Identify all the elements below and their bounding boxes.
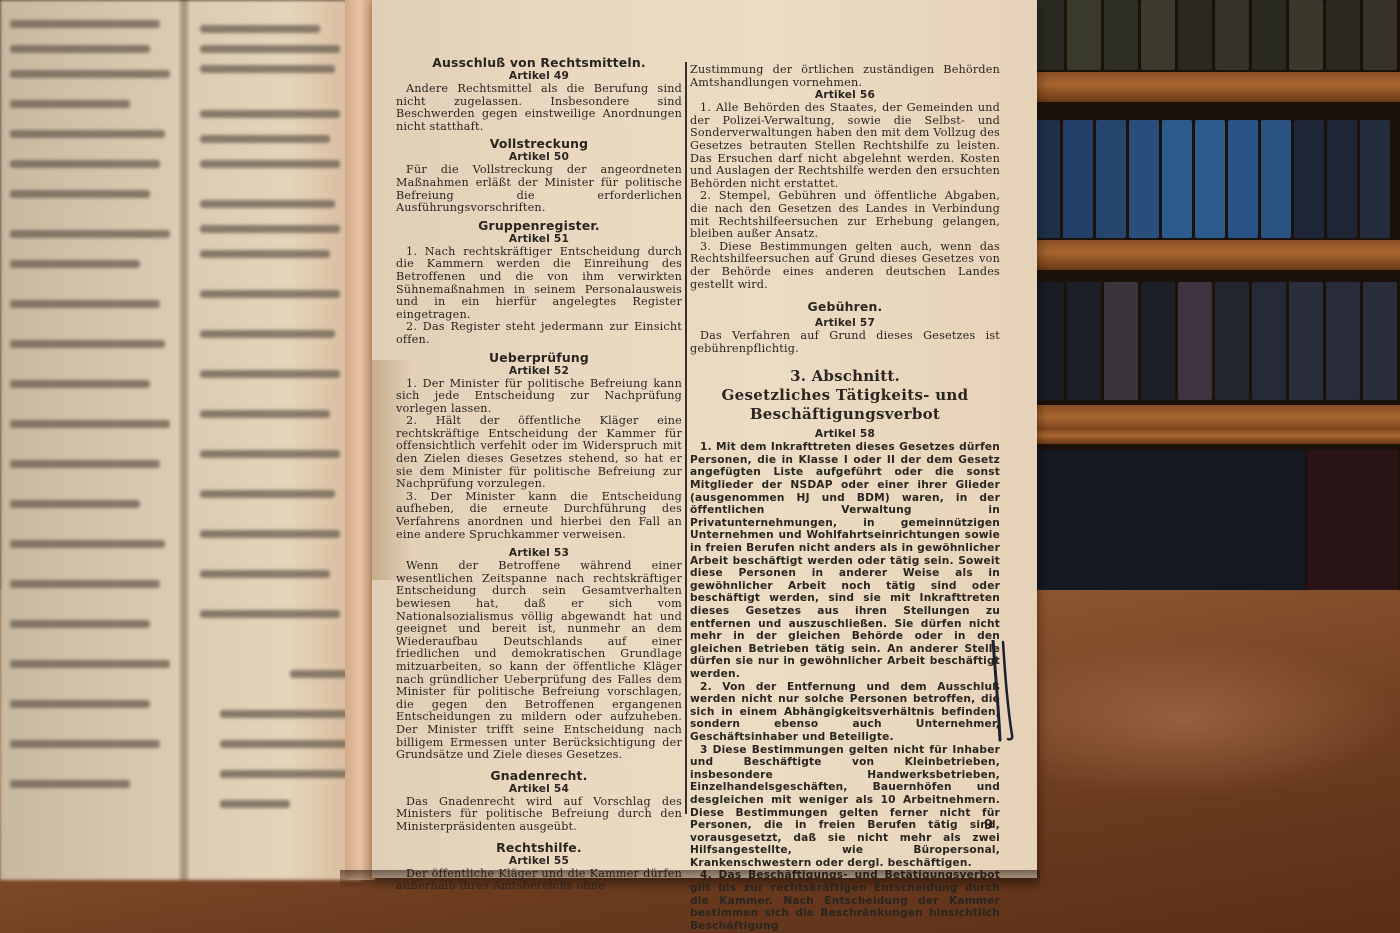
paragraph: 1. Alle Behörden des Staates, der Gemein…: [690, 102, 1000, 190]
left-text-column: Ausschluß von Rechtsmitteln. Artikel 49 …: [396, 52, 682, 893]
paragraph: 1. Mit dem Inkrafttreten dieses Gesetzes…: [690, 441, 1000, 680]
bookshelf-row-dark: [1030, 282, 1397, 400]
paragraph: 2. Stempel, Gebühren und öffentliche Abg…: [690, 190, 1000, 240]
shelf-board: [1010, 240, 1400, 270]
page-edge: [345, 0, 375, 880]
paragraph: Andere Rechtsmittel als die Berufung sin…: [396, 83, 682, 133]
article-number: Artikel 55: [396, 855, 682, 868]
section-heading: Gebühren.: [690, 299, 1000, 314]
paragraph: 3. Der Minister kann die Entscheidung au…: [396, 491, 682, 541]
pencil-margin-mark-icon: [990, 640, 1026, 745]
paragraph: 2. Hält der öffentliche Kläger eine rech…: [396, 415, 682, 491]
paragraph: Wenn der Betroffene während einer wesent…: [396, 560, 682, 762]
paragraph: Das Verfahren auf Grund dieses Gesetzes …: [690, 330, 1000, 355]
page-number: 9: [984, 818, 993, 833]
paragraph: Für die Vollstreckung der angeordneten M…: [396, 164, 682, 214]
section-heading: Gnadenrecht.: [396, 768, 682, 783]
chapter-title: 3. Abschnitt.: [690, 367, 1000, 386]
chapter-subtitle: Gesetzliches Tätigkeits- und Beschäftigu…: [690, 386, 1000, 424]
section-heading: Vollstreckung: [396, 136, 682, 151]
left-page-blurred: [0, 0, 362, 880]
article-number: Artikel 58: [690, 428, 1000, 441]
bookshelf-row-blue: [1030, 120, 1390, 238]
paragraph: Zustimmung der örtlichen zuständigen Beh…: [690, 64, 1000, 89]
book-page: Ausschluß von Rechtsmitteln. Artikel 49 …: [372, 0, 1037, 878]
paragraph: 3. Diese Bestimmungen gelten auch, wenn …: [690, 241, 1000, 291]
section-heading: Ausschluß von Rechtsmitteln.: [396, 55, 682, 70]
paragraph: 1. Nach rechtskräftiger Entscheidung dur…: [396, 246, 682, 322]
column-divider: [685, 62, 687, 814]
article-number: Artikel 51: [396, 233, 682, 246]
right-text-column: Zustimmung der örtlichen zuständigen Beh…: [690, 64, 1000, 932]
paragraph: 2. Das Register steht jedermann zur Eins…: [396, 321, 682, 346]
shelf-board: [1010, 72, 1400, 102]
shelf-board: [1010, 430, 1400, 444]
desk-light-reflection: [1040, 640, 1400, 800]
section-heading: Gruppenregister.: [396, 218, 682, 233]
paragraph: 2. Von der Entfernung und dem Ausschluß …: [690, 681, 1000, 744]
paragraph: Das Gnadenrecht wird auf Vorschlag des M…: [396, 796, 682, 834]
paragraph: 3 Diese Bestimmungen gelten nicht für In…: [690, 744, 1000, 870]
paragraph: 1. Der Minister für politische Befreiung…: [396, 378, 682, 416]
bookshelf-row-bottom: [1015, 450, 1398, 590]
page-shadow: [340, 870, 1040, 890]
section-heading: Rechtshilfe.: [396, 840, 682, 855]
bookshelf-row-top: [1030, 0, 1397, 70]
article-number: Artikel 52: [396, 365, 682, 378]
section-heading: Ueberprüfung: [396, 350, 682, 365]
article-number: Artikel 54: [396, 783, 682, 796]
